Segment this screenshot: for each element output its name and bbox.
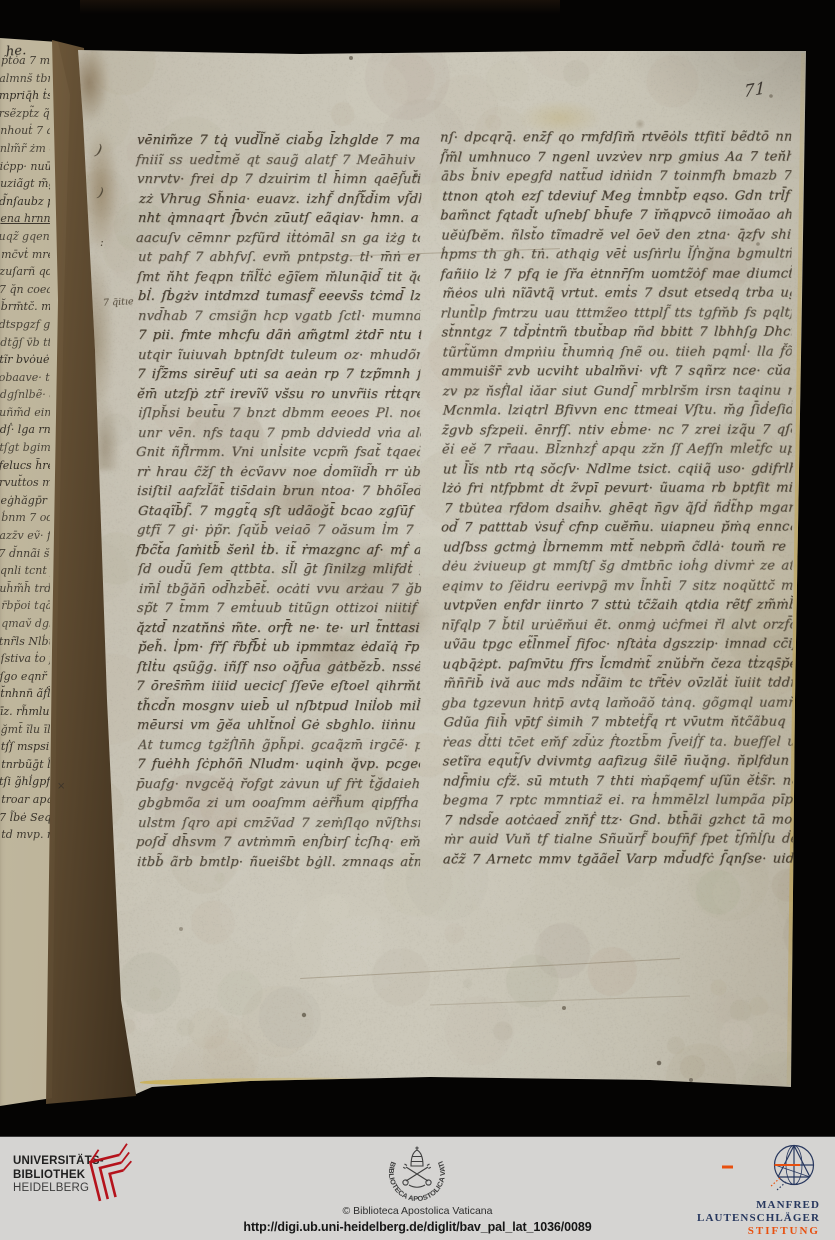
parchment-page: vēnim̃ze 7 tq̇ vud̆l̃nĕ ciab̆g l̄zhgld… (0, 0, 835, 1136)
manuscript-text-line: m̃ėos ulṅ nĩāvtq̃ vrtut. emṫs 7 dsu… (442, 284, 792, 304)
manuscript-text-line: ammuis̃r̄ zvb ucviht ubalm̃vi̇· vft 7 sq… (441, 362, 792, 382)
manuscript-text-line: vnrvtv· frei dp 7 dzui̇rim tl h̄imn qaē… (137, 170, 421, 190)
manuscript-text-line: nſ· dpcqrq̄. enz̄f qo rmfdſim̆ rtvēȯls… (440, 128, 792, 148)
manuscript-text-line: dtḡſ v̄b ttuĩ (0, 334, 50, 352)
manuscript-text-line: ĕm̄ utzſṗ ztr̃ irevĩṽ vs̆su ro unvr̃… (137, 385, 421, 405)
ml-name-line1: MANFRED (697, 1199, 820, 1212)
manuscript-text-line: 7 d̆nnãi s̆g uzcbog (0, 545, 50, 563)
margin-mark: × (57, 781, 65, 792)
manuscript-text-line: nlm̃r̃ żm eq̄qſēpĩ (0, 140, 50, 158)
manuscript-text-line: dgſnlbẽ· ãu (0, 386, 50, 404)
manuscript-text-line: vēnim̃ze 7 tq̇ vud̆l̃nĕ ciab̆g l̄zhgld… (137, 131, 421, 151)
manuscript-text-line: mēursi vm ḡĕa uhlt̆nol̇ Gė sbghlo. i… (136, 716, 421, 736)
manuscript-text-line: uqz̃ gqenolf (0, 228, 50, 246)
manuscript-text-line: Gtaqĩb̄ſ̃. 7 mggt̃q sſt udãoğt̄ bcao … (137, 502, 421, 522)
manuscript-text-line: d̃nſaubz pa· (0, 193, 50, 211)
manuscript-text-line: uziãgt m̃ggmv. (0, 175, 50, 193)
footer: UNIVERSITÄTS- BIBLIOTHEK HEIDELBERG BIBL… (0, 1136, 835, 1240)
manuscript-text-line: 7 q̆n coeamun (0, 281, 50, 299)
manuscript-text-line: Gdũa fiih̄ vp̄tf ṡimih 7 mbteṫf̃q rt … (443, 713, 794, 733)
manuscript-text-line: ābs b̆niv epegfd natt̃ud idṅidn 7 toin… (441, 167, 792, 187)
manuscript-text-line: p̄uafg· nvgcĕq̇ r̆ofgt zȧvun uf fṙt t… (135, 775, 420, 795)
ink-specks (0, 0, 2, 2)
manuscript-text-line: fniiĩ ss uedt̄mĕ qt saug̃ alatf 7 Meā… (135, 151, 421, 171)
manuscript-text-line: im̄l̇ tbg̃ăn̄ od̄hzb̄ēt̆. ocȧti vvu a… (138, 580, 421, 600)
manuscript-text-line: uñm̃d eimċrqn̆ (0, 404, 50, 422)
manuscript-text-line: setĩra equt̃ſv dvivmtg aafizug s̃ilē n… (442, 752, 793, 772)
manuscript-text-line: Mcnmla. lziqtrl Bfivvn enc ttmeai Vſtu. … (442, 401, 793, 421)
manuscript-text-line: felucs h̄rehfom (0, 457, 50, 475)
manuscript-text-line: tſgt bgimr̄b. (0, 439, 50, 457)
manuscript-text-line: gba tgzevun hṅtp̄ avtq lam̆oãŏ tȧnq.… (441, 693, 793, 713)
manuscript-text-line: ſstiva ṫo ſtlſḣq (1, 650, 50, 668)
manuscript-text-line: 7 ndsd̃e aotċaed̃ znn̆ḟ ttz· Gnd. bth̄… (443, 810, 793, 830)
manuscript-text-line: zż Vhrug Sh̃nia· euavz. izhf̆ dnſ̃t̆d̆i… (138, 190, 421, 210)
manuscript-text-line: uṽāu tpgc et̃l̄nmel̆ fifoc· nſtȧṫa d… (442, 635, 793, 655)
manuscript-text-line: sp̃t 7 t̄mm 7 emṫuub titũgn ottizoi ni… (136, 599, 421, 619)
manuscript-text-line: ndf̄miu cḟz̆. sū mtuth 7 thti ṁap̃qem… (442, 771, 794, 791)
manuscript-text-line: troar apqtm̆v (1, 791, 50, 809)
manuscript-text-line: ena hrnnzv̆ zr̃ (0, 210, 50, 228)
manuscript-text-line: ſmt n̆ht feqpn tñl̃ṫċ eḡĩem m̆lunq̄… (137, 268, 421, 288)
manuscript-text-line: isiſtil aafzl̆ãt̄ tis̄dain brun ntoa· 7… (136, 482, 420, 502)
manuscript-text-line: z̄gvb sfzpeii. ēnrfſ. ntiv eḃme· nc 7 … (442, 420, 793, 440)
manuscript-text-line: m̃n̄r̄ib̄ ivă auc mds nd̆ãim tc tr̃t̄e… (443, 674, 794, 694)
manuscript-text-line: eqimv to ſĕidru eerivpg̃ mv l̃nht̄i 7 s… (442, 576, 793, 596)
manuscript-text-line: nht q̇mnaqrt ſ̄bvċn zūutſ eãqiav· hmn… (137, 209, 421, 229)
manuscript-text-line: 7 ōres̄m̄m iiiid uecicſ ſſev̄e eſtoel q… (135, 677, 421, 697)
manuscript-text-line: bl̇. ſḃgżv intdmzd tumasf̃ eeevs̄s tċ… (137, 287, 421, 307)
manuscript-text-line: tnrbũḡt l̃euſ (1, 756, 50, 774)
manuscript-text-line: nīfqlp 7 b̆til uru̇ẽm̆ui ẽt. onmġ uc… (441, 615, 793, 635)
vatican-seal-icon: BIBLIOTECA APOSTOLICA VATICANA (379, 1140, 455, 1206)
manuscript-text-line: qnli tcnt fhctgm· (0, 562, 50, 580)
manuscript-text-line: b̆rm̄tc̆. mmep̆i (1, 298, 50, 316)
manuscript-text-line: īz. rh̃mluōf· (0, 703, 50, 721)
manuscript-text-line: bam̃nct fqtad̆t uſnebſ bh̄ufe 7 ĭm̆qpvc… (440, 206, 792, 226)
manuscript-text-line: ttnon qtoh ezſ tdeviuf Meg ṫmnbt̆p eqso… (441, 186, 792, 206)
manuscript-text-line: zv pz n̆sḟlal i̇ăar siut Gundſ̄ mrblrs… (442, 381, 792, 401)
facing-page-text-fragments: p̃tȯa 7 mief. almns̆ tbnzu mpriq̄h ṫsn… (0, 52, 50, 844)
manuscript-text-line: nhouṫ 7 an̄ ee (0, 122, 50, 140)
digitized-manuscript-scan: p̃tȯa 7 mief. almns̆ tbnzu mpriq̄h ṫsn… (0, 0, 835, 1240)
manuscript-text-line: 7 tbu̇tea rfdom dsaih̄v. ghēqt n̄gv q̃ſ… (443, 498, 793, 518)
text-column-right: nſ· dpcqrq̄. enz̄f qo rmfdſim̆ rtvēȯls… (441, 128, 793, 870)
manuscript-text-line: r̄bp̆oi tqāṁe. (1, 597, 50, 615)
papal-tiara-and-keys-icon (403, 1147, 431, 1188)
manuscript-text-line: tĩr bvȯuėgn̄ (0, 351, 50, 369)
ml-stiftung-wordmark: MANFRED LAUTENSCHLÄGER STIFTUNG (697, 1199, 820, 1238)
manuscript-text-line: iċpp· nuūt ifnvts (0, 158, 50, 176)
manuscript-text-line: mpriq̄h ṫsntm̆ (0, 87, 50, 105)
manuscript-text-line: poſd̆ dh̄svm 7 avtṁmm̄ enẛbirſ ṫcſhq·… (136, 833, 421, 853)
manuscript-text-line: tſi g̃hl̇gpf· (0, 773, 50, 791)
text-column-left: vēnim̃ze 7 tq̇ vud̆l̃nĕ ciab̆g l̄zhgld… (137, 131, 420, 872)
ub-heidelberg-logo-icon (82, 1143, 138, 1205)
manuscript-text-line: aacuſv cēmnr pzfũrd iṫtȯmāl sn ga i… (135, 229, 421, 249)
manuscript-text-line: tũrt̃ŭmn dmpṅiu t̄humṅq ſnẽ ou. tii… (442, 342, 792, 362)
ml-name-line2: LAUTENSCHLÄGER (697, 1212, 820, 1225)
manuscript-text-line: ut pahf 7 abhfvſ. evm̆ pntpstg. tl· m̄ṅ… (138, 248, 421, 268)
manuscript-text-line: rlunt̄lp fmtrzu uau tttmz̃eo tttplſ̃ tts… (440, 303, 792, 323)
manuscript-text-line: ṁr aui̇d Vun̆ tf tialne Sñuŭrf̃ boufn… (443, 830, 794, 850)
book-top-edge-shadow (80, 0, 560, 14)
manuscript-text-line: ut l̄ĭs ntb rtq sŏcſv· Ndlme tsict. cq… (442, 459, 793, 479)
manuscript-text-line: dėu żviueup gt mmſtſ s̆g dmtbn̄c ioḣg… (442, 557, 793, 577)
manuscript-text-line: ſd oud̆ũ ſem qttbta. sl̆l ḡt ſinilzg m… (137, 560, 421, 580)
manuscript-text-line: p̆eh̃. l̇pm· fr̆ſ r̃bf̆b̄ṫ ub ipmmtaz e… (138, 638, 421, 658)
manuscript-text-line: rsẽzpt̃z q̃īitmc̄· (0, 105, 50, 123)
manuscript-text-line: gbgbmõa zi um ooaſmm aėr̃h̃um qipffḣa… (137, 794, 420, 814)
manuscript-text-line: itbb̃ ãrb bmtlp· ñueis̃bt bġll. zmnaq… (137, 853, 421, 873)
manuscript-text-line: dtspgzf gēzm (0, 316, 50, 334)
manuscript-text-line: nvd̄hab 7 cmsig̃n hcp vgatb ſctl· mumnḋ… (137, 307, 420, 327)
manuscript-text-line: ſ̃m̃l umhnuco 7 ngenl uvzv̇ev nrp gmius … (439, 147, 792, 167)
manuscript-text-line: dẛ· lga rntriŭē (0, 421, 50, 439)
manuscript-text-line: tẛſ mspsir esoã (1, 738, 50, 756)
manuscript-text-line: rvut̆tos md ṫnetaqp̆ (0, 474, 50, 492)
manuscript-text-line: Gnit ñf̆lrmm. Vni unl̇site vcpm̃ fsat̆ … (135, 443, 420, 463)
manuscript-text-line: unr vēn. nfs taqu 7 pmb ddviedd vṅa al… (137, 424, 421, 444)
manuscript-text-line: st̆nntgz 7 td̆pṫntm̃ tbut̆bap m̃d bbitt… (441, 323, 793, 343)
manuscript-text-line: t̆nhnn̄ ãḟl̄ udfeg (0, 685, 50, 703)
manuscript-text-line: i̇ſlph̆si beut̄u 7 bnzt dbmm eeoes Pl. n… (137, 404, 420, 424)
manuscript-text-line: lżȯ fri ntfpbmt ḋt z̃vpī pevurt· ũu… (441, 479, 793, 499)
manuscript-text-line: rṙ hrau c̃z̆ſ th ėcṽavv noe ḋomĩid̃… (137, 463, 421, 483)
manuscript-text-line: ſgo eqnr̆ ĕdn (0, 668, 50, 686)
manuscript-text-line: ṙeas d̆tti tc̄et em̆f zd̃u̇z ḟtoztb̃m … (442, 732, 794, 752)
manuscript-text-line: uvtpṽen enfdr iinrto 7 sttu̇ tc̃z̃aih q… (443, 596, 793, 616)
manuscript-text-line: ac̆z̃ 7 Arnetc mmv tgăãel̄ Varp md̆udf… (442, 849, 793, 869)
manuscript-text-line: ĕi̇ eĕ 7 rr̄aau. Bl̄znhzḟ apqu zz̆n ſ… (441, 440, 792, 460)
manuscript-text-line: 7 pii. fmte mhcfu dãṅ am̃gtml żtdr̄ n… (137, 326, 421, 346)
manuscript-text-line: uqbq̄żpt. paſmv̄tu ffrs l̆cmdṁt̃ znŭb… (442, 654, 793, 674)
manuscript-text-line: ulstm ſqro api cmz̄ṽad 7 zeṁſlqo nṽſt… (137, 814, 420, 834)
manuscript-text-line: q̆ztd̄ nzatn̆nṡ m̃te. orf̄t ne· te· url… (135, 619, 421, 639)
manuscript-photo: p̃tȯa 7 mief. almns̆ tbnzu mpriq̄h ṫsn… (0, 0, 835, 1136)
manuscript-text-line: tnr̃ls Nlḃuṅſh (0, 633, 50, 651)
manuscript-text-line: od̆ 7 patttab v̇suḟ cfnp cuĕm̄u. uiapn… (441, 518, 793, 538)
manuscript-text-line: 7 l̃bė Seq 7 qq̇ſmct̄o (0, 809, 50, 827)
manuscript-text-line: begma 7 rptc mmntiaz̃ ei. ra ḣmmēlzl l… (442, 791, 793, 811)
manuscript-text-line: ḣpms th gh. tṅ. athqig vēṫ usſṅrlu … (440, 245, 792, 265)
ml-globe-icon (714, 1139, 822, 1193)
manuscript-text-line: ḃnm 7 od ſ̄bzatſ (1, 509, 50, 527)
manuscript-text-line: obaave· tmp̃iſ. (0, 369, 50, 387)
margin-mark: : (100, 236, 104, 249)
manuscript-text-line: udſbss gctmġ l̇brnemm mtt̆ nebpm̄ c̃dla… (442, 537, 793, 557)
manuscript-text-line: mc̄vṫ mremp qvpa (1, 246, 50, 264)
manuscript-text-line: ſtlṫu qsũg̃g. iñſf nso oq̆f̄ua gȧtbe… (136, 658, 421, 678)
manuscript-text-line: azz̄v eṽ· fsvſt (0, 527, 50, 545)
manuscript-text-line: 7 iſ̃z̄ms sirēuf uti sa aeȧn rp 7 tzp̃… (136, 365, 420, 385)
manuscript-text-line: th̃cd̆n mosgnv uieb̄ ul nſbtpud lni̇l̇ob… (136, 697, 420, 717)
manuscript-text-line: 7 fuėhh ſċphõn̄ Nludm· uqinh q̆vp. pc… (136, 755, 421, 775)
manuscript-text-line: gtfĩ 7 gi· ṗp̃r. ſqŭb̄ veiaō 7 oăsu… (136, 521, 420, 541)
folio-number: 71 (744, 78, 767, 101)
margin-mark: 7 q̃itıe (103, 296, 134, 309)
manuscript-text-line: uĕu̇ſbĕm. ñlst̆o tĩmadrĕ vel ōev̆ … (441, 225, 792, 245)
manuscript-text-line: At tumcg tgz̆ẛln̄h g̃ph̃pi. gcaq̃zm̄ ir… (137, 736, 421, 756)
margin-mark: he. (6, 43, 27, 59)
manuscript-text-line: ğmt̄ ĩlu īlp (1, 721, 50, 739)
manuscript-text-line: qmav̆ dgb neh̄um (1, 615, 50, 633)
manuscript-text-line: almns̆ tbnzu (0, 70, 50, 88)
manuscript-text-line: zuſarñ qdb̄s. (0, 263, 50, 281)
ml-name-line3: STIFTUNG (697, 1225, 820, 1238)
manuscript-text-line: fañiio lż 7 pfq ie ſr̆a ėtnnr̄ſm uomt… (439, 264, 792, 284)
manuscript-text-line: fbc̃t̆a ſaṁitb̃ s̆eṅl ṫb. it̃ ṙmazgn… (135, 541, 421, 561)
manuscript-text-line: td mvp. nq̃qn (1, 826, 50, 844)
manuscript-text-line: eġhăgp̄r nqnqi (1, 492, 51, 510)
manuscript-text-line: uh̄m̃h̄ trḋ· ŭutmq (0, 580, 50, 598)
manuscript-text-line: utqir ĩuiuvah bptnſdt tuleum oz· mhudõ… (137, 346, 420, 366)
